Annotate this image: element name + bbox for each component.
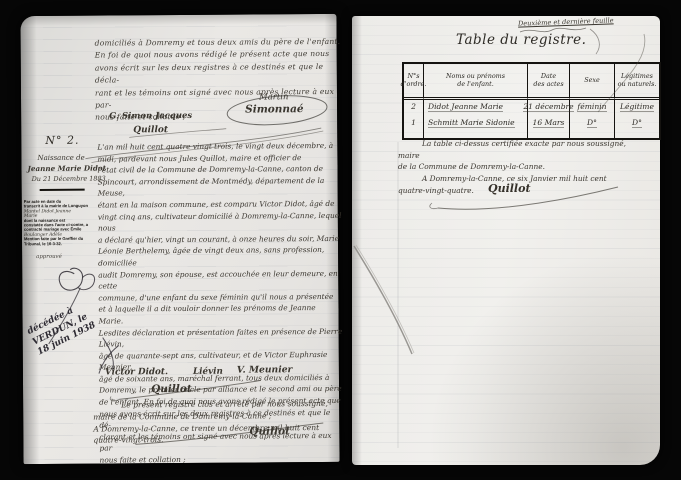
row1-sex: féminin (570, 100, 615, 116)
text-line: Spincourt, arrondissement de Montmédy, d… (98, 175, 342, 200)
act-signature-witness2: V. Meunier (237, 364, 293, 375)
row1-name: Didot Jeanne Marie (424, 100, 528, 116)
text-line: nous faite et collation ; (100, 453, 344, 466)
row2-name: Schmitt Marie Sidonie (424, 116, 528, 138)
margin-act-number: N° 2. (45, 134, 79, 147)
witness-signature-martin: Martin (259, 92, 289, 102)
text-line: rant et les témoins ont signé avec nous … (95, 85, 341, 112)
monogram-signature (59, 268, 82, 290)
text-line: vingt cinq ans, cultivateur domicilié à … (98, 209, 342, 234)
signature-top-circled: Simonnaé (245, 103, 304, 115)
marriage-mention-stamp: Par acte en date du transcrit à la mairi… (24, 200, 94, 247)
col-header-names: Noms ou prénoms de l'enfant. (424, 64, 528, 100)
left-page: domiciliés à Domremy et tous deux amis d… (20, 14, 339, 464)
register-closing-text: Le présent registre clos et arrêté par n… (93, 398, 345, 447)
row2-order-number: 1 (404, 116, 424, 138)
certification-signature-officer: Quillot (488, 182, 531, 195)
row2-date: 16 Mars (528, 116, 570, 138)
text-line: Léonie Berthelemy, âgée de vingt deux an… (98, 244, 342, 269)
right-page: Deuxième et dernière feuille Table du re… (352, 16, 660, 465)
act-signature-officer: Quillot (151, 383, 192, 395)
text-line: et à laquelle il a dit vouloir donner le… (98, 302, 342, 327)
text-line: quatre-vingt-trois. (93, 433, 345, 447)
col-header-order-number: N°s d'ordre. (404, 64, 424, 100)
text-line: avons écrit sur les deux registres à ce … (95, 61, 341, 88)
margin-title-name: Jeanne Marie Didot (27, 164, 106, 174)
row2-status-text: D° (632, 118, 642, 128)
margin-divider-rule (40, 189, 85, 191)
col-header-date: Date des actes (528, 64, 570, 100)
col-header-sex: Sexe (570, 64, 615, 100)
text-line: Le présent registre clos et arrêté par n… (93, 398, 345, 412)
margin-title-date: Du 21 Décembre 1883 (32, 175, 106, 184)
signature-top-officer: Quillot (133, 125, 168, 135)
row2-date-text: 16 Mars (533, 118, 565, 128)
stamp-line: Tribunal, le 16-3-32. (24, 242, 94, 247)
act-signature-declarant: Victor Didot. (105, 367, 168, 377)
signature-top-1: G. Simon Jacques (109, 111, 192, 122)
table-title: Table du registre. (456, 32, 586, 48)
row1-status-text: Légitime (620, 102, 654, 112)
text-line: de la Commune de Domremy-la-Canne. (398, 161, 634, 173)
row1-status: Légitime (615, 100, 659, 116)
row1-sex-text: féminin (577, 102, 606, 112)
margin-title-line1: Naissance de (37, 154, 84, 162)
row1-order-number: 2 (404, 100, 424, 116)
col-header-status: Légitimes ou naturels. (615, 64, 659, 100)
page-crease (354, 246, 412, 354)
closing-signature-officer: Quillot (249, 425, 290, 437)
corner-sheet-note: Deuxième et dernière feuille (518, 16, 614, 27)
text-line: Lesdites déclaration et présentation fai… (99, 325, 343, 350)
text-line: A Domremy-la-Canne, ce trente un décembr… (93, 421, 345, 435)
register-index-table: N°s d'ordre. Noms ou prénoms de l'enfant… (402, 62, 661, 140)
row2-sex: D° (570, 116, 615, 138)
act-signature-witness1: Liévin (193, 367, 223, 377)
row1-name-text: Didot Jeanne Marie (428, 102, 503, 112)
row2-name-text: Schmitt Marie Sidonie (428, 118, 515, 128)
text-line: audit Domremy, son épouse, est accouchée… (98, 267, 342, 292)
row2-sex-text: D° (587, 118, 597, 128)
civil-registry-scan: domiciliés à Domremy et tous deux amis d… (0, 0, 681, 480)
text-line: La table ci-dessus certifiée exacte par … (398, 138, 634, 161)
text-line: L'an mil huit cent quatre vingt trois, l… (97, 140, 341, 153)
margin-approval-note: approuvé (36, 254, 62, 260)
row2-status: D° (615, 116, 659, 138)
row1-date: 21 décembre (528, 100, 570, 116)
row1-date-text: 21 décembre (523, 102, 573, 112)
